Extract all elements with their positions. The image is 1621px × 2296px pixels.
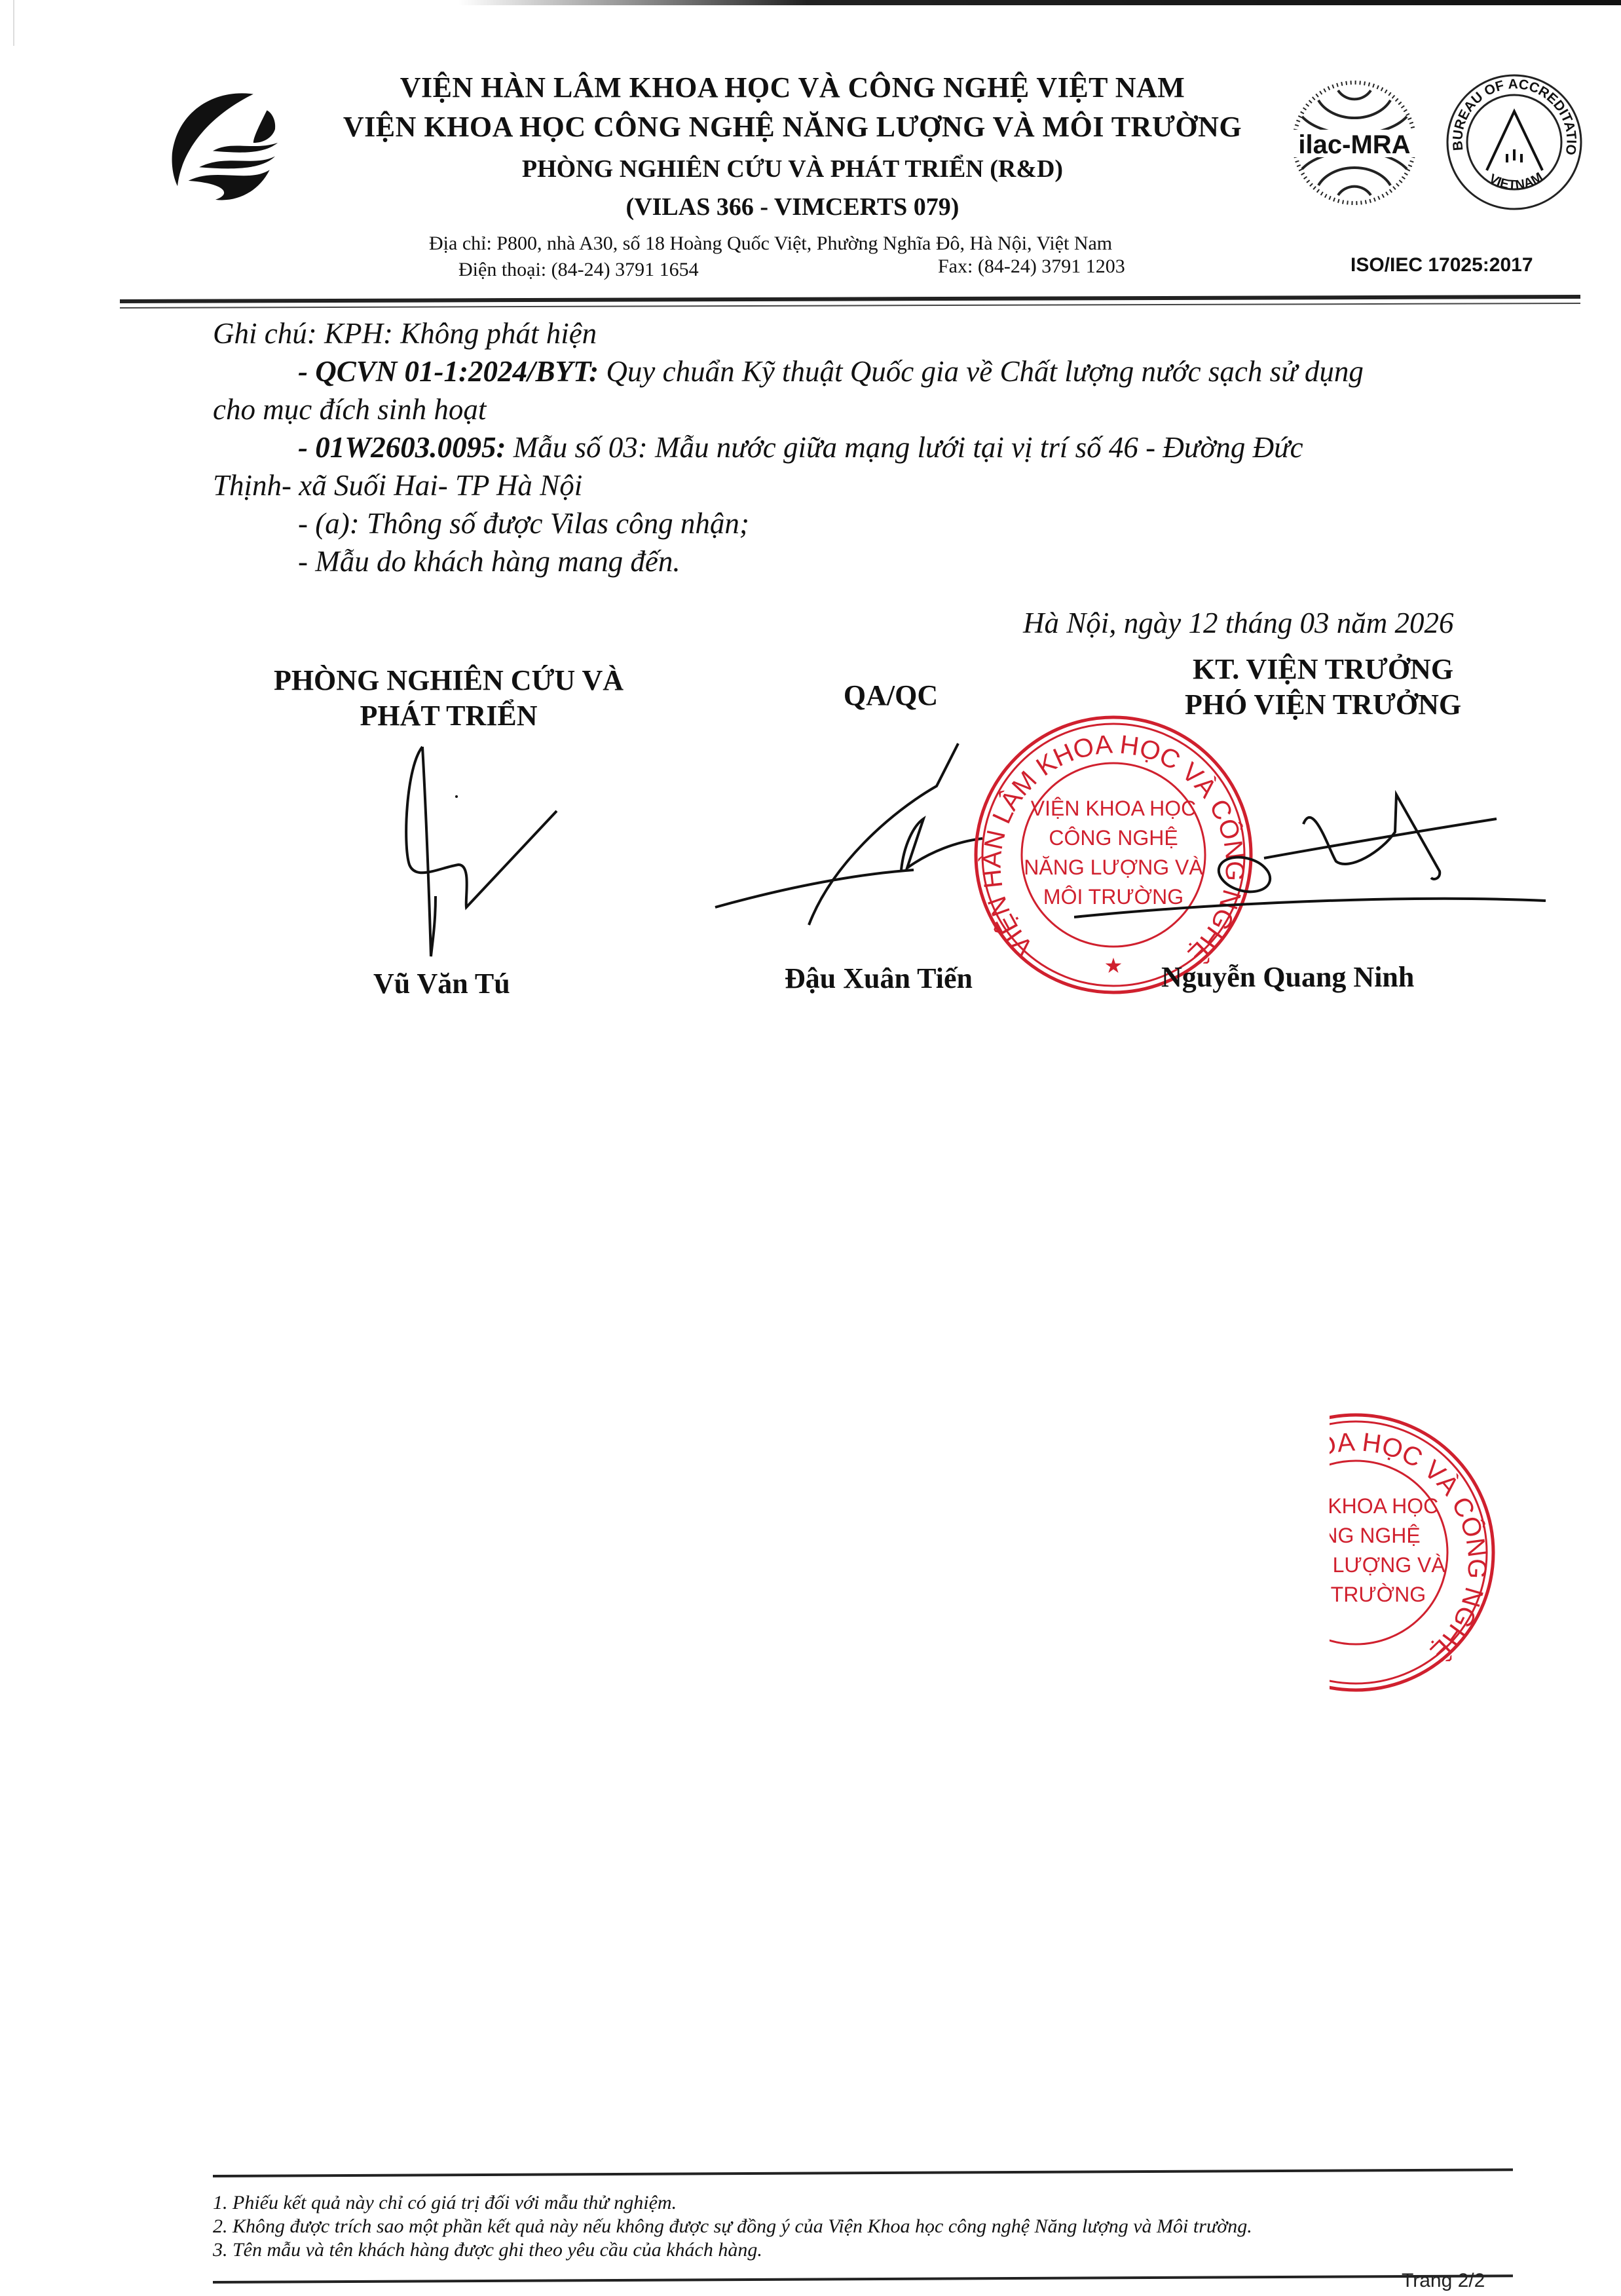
signer-name-qa: Đậu Xuân Tiến (785, 962, 973, 995)
seam-stamp: VIỆN HÀN LÂM KHOA HỌC VÀ CÔNG NGHỆ VIỆT … (1330, 1408, 1500, 1697)
svg-text:CÔNG NGHỆ: CÔNG NGHỆ (1330, 1524, 1421, 1547)
signer-role-qa: QA/QC (819, 678, 963, 713)
seam-stamp-icon: VIỆN HÀN LÂM KHOA HỌC VÀ CÔNG NGHỆ VIỆT … (1330, 1408, 1500, 1697)
ilac-mra-logo-icon: ilac-MRA (1289, 77, 1420, 208)
institute-name: VIỆN KHOA HỌC CÔNG NGHỆ NĂNG LƯỢNG VÀ MÔ… (288, 110, 1297, 143)
signer-name-director: Nguyễn Quang Ninh (1161, 960, 1414, 994)
notes-section: Ghi chú: KPH: Không phát hiện - QCVN 01-… (213, 314, 1523, 580)
svg-text:BUREAU OF ACCREDITATION: BUREAU OF ACCREDITATION (1444, 72, 1579, 156)
qcvn-code: - QCVN 01-1:2024/BYT: (298, 355, 599, 388)
svg-text:NĂNG LƯỢNG VÀ: NĂNG LƯỢNG VÀ (1330, 1553, 1445, 1577)
sample-code: - 01W2603.0095: (298, 431, 506, 464)
phone: Điện thoại: (84-24) 3791 1654 (458, 259, 699, 281)
accreditation-codes: (VILAS 366 - VIMCERTS 079) (288, 193, 1297, 221)
bureau-of-accreditation-logo-icon: BUREAU OF ACCREDITATION VIETNAM (1444, 72, 1585, 213)
note-qcvn: - QCVN 01-1:2024/BYT: Quy chuẩn Kỹ thuật… (213, 352, 1523, 390)
header-divider (120, 295, 1580, 303)
svg-text:VIỆN KHOA HỌC: VIỆN KHOA HỌC (1330, 1494, 1438, 1518)
header-divider-thin (120, 303, 1580, 309)
scan-edge (458, 0, 1621, 5)
fax: Fax: (84-24) 3791 1203 (938, 255, 1125, 278)
footer-note-3: 3. Tên mẫu và tên khách hàng được ghi th… (213, 2238, 1252, 2262)
svg-text:MÔI TRƯỜNG: MÔI TRƯỜNG (1330, 1583, 1426, 1606)
role-line: KT. VIỆN TRƯỞNG (1113, 652, 1533, 687)
academy-name: VIỆN HÀN LÂM KHOA HỌC VÀ CÔNG NGHỆ VIỆT … (288, 71, 1297, 104)
page-number: Trang 2/2 (1402, 2270, 1485, 2292)
note-sample-cont: Thịnh- xã Suối Hai- TP Hà Nội (213, 466, 1523, 504)
department-name: PHÒNG NGHIÊN CỨU VÀ PHÁT TRIỂN (R&D) (288, 155, 1297, 183)
svg-text:★: ★ (1104, 954, 1123, 977)
footer-divider-bottom (213, 2274, 1513, 2284)
iso-standard: ISO/IEC 17025:2017 (1351, 254, 1533, 276)
svg-text:ilac-MRA: ilac-MRA (1298, 130, 1410, 159)
note-qcvn-cont: cho mục đích sinh hoạt (213, 390, 1523, 428)
svg-text:VIETNAM: VIETNAM (1487, 170, 1546, 193)
footer-note-1: 1. Phiếu kết quả này chỉ có giá trị đối … (213, 2191, 1252, 2215)
address: Địa chỉ: P800, nhà A30, số 18 Hoàng Quốc… (429, 233, 1112, 255)
footer-notes: 1. Phiếu kết quả này chỉ có giá trị đối … (213, 2191, 1252, 2262)
note-customer: - Mẫu do khách hàng mang đến. (213, 542, 1523, 580)
institute-wave-logo-icon (156, 77, 297, 208)
signer-role-rd: PHÒNG NGHIÊN CỨU VÀ PHÁT TRIỂN (223, 663, 675, 734)
note-sample: - 01W2603.0095: Mẫu số 03: Mẫu nước giữa… (213, 428, 1523, 466)
role-line: PHÒNG NGHIÊN CỨU VÀ (223, 663, 675, 698)
scan-edge-left (13, 0, 14, 46)
footer-divider-top (213, 2168, 1513, 2177)
note-kph: Ghi chú: KPH: Không phát hiện (213, 314, 1523, 352)
sample-text: Mẫu số 03: Mẫu nước giữa mạng lưới tại v… (506, 431, 1303, 464)
footer-note-2: 2. Không được trích sao một phần kết quả… (213, 2215, 1252, 2238)
signature-qa-icon (707, 727, 982, 943)
issue-date: Hà Nội, ngày 12 tháng 03 năm 2026 (1023, 606, 1454, 640)
qcvn-text: Quy chuẩn Kỹ thuật Quốc gia về Chất lượn… (599, 355, 1364, 388)
note-vilas: - (a): Thông số được Vilas công nhận; (213, 504, 1523, 542)
signer-name-rd: Vũ Văn Tú (373, 967, 510, 1000)
signature-director-icon (1074, 773, 1559, 943)
signature-rd-icon (367, 727, 576, 976)
